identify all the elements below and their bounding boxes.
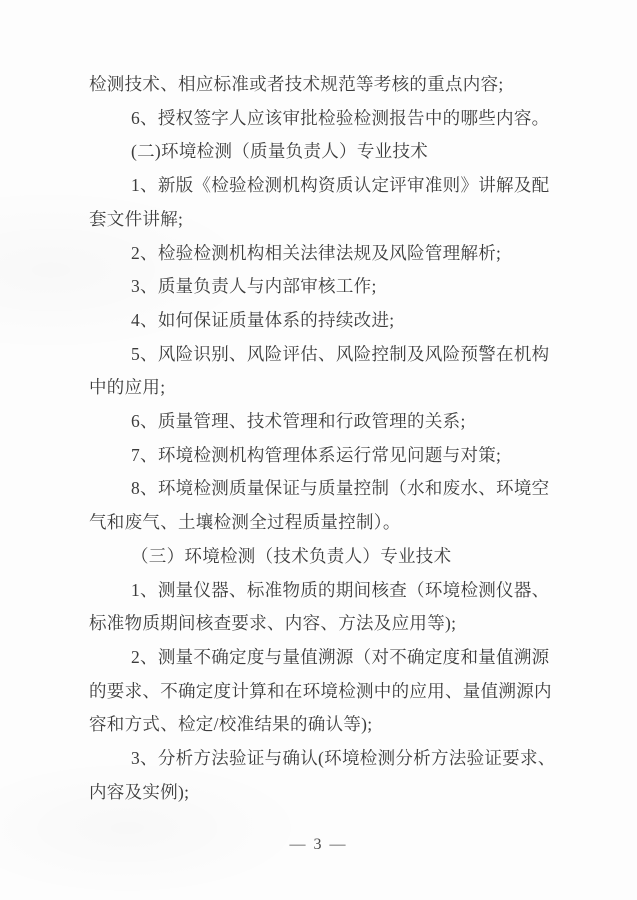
text-line: 内容及实例); [89,776,561,810]
text-line: 7、环境检测机构管理体系运行常见问题与对策; [89,439,561,473]
text-line: 1、新版《检验检测机构资质认定评审准则》讲解及配 [89,169,561,203]
section-heading: (二)环境检测（质量负责人）专业技术 [89,135,561,169]
text-line: 套文件讲解; [89,203,561,237]
text-line: 1、测量仪器、标准物质的期间核查（环境检测仪器、 [89,574,561,608]
text-line: 容和方式、检定/校准结果的确认等); [89,708,561,742]
document-page: 检测技术、相应标准或者技术规范等考核的重点内容; 6、授权签字人应该审批检验检测… [0,0,637,900]
text-line: 8、环境检测质量保证与质量控制（水和废水、环境空 [89,472,561,506]
page-number: — 3 — [0,830,637,860]
text-line: 4、如何保证质量体系的持续改进; [89,304,561,338]
text-line: 6、授权签字人应该审批检验检测报告中的哪些内容。 [89,102,561,136]
text-line: 6、质量管理、技术管理和行政管理的关系; [89,405,561,439]
text-line: 3、分析方法验证与确认(环境检测分析方法验证要求、 [89,742,561,776]
text-line: 2、检验检测机构相关法律法规及风险管理解析; [89,237,561,271]
text-line: 的要求、不确定度计算和在环境检测中的应用、量值溯源内 [89,675,561,709]
section-heading: （三）环境检测（技术负责人）专业技术 [89,540,561,574]
text-line: 标准物质期间核查要求、内容、方法及应用等); [89,607,561,641]
text-line: 检测技术、相应标准或者技术规范等考核的重点内容; [89,68,561,102]
text-line: 2、测量不确定度与量值溯源（对不确定度和量值溯源 [89,641,561,675]
text-line: 气和废气、土壤检测全过程质量控制）。 [89,506,561,540]
document-body: 检测技术、相应标准或者技术规范等考核的重点内容; 6、授权签字人应该审批检验检测… [89,68,561,809]
text-line: 中的应用; [89,371,561,405]
text-line: 5、风险识别、风险评估、风险控制及风险预警在机构 [89,338,561,372]
text-line: 3、质量负责人与内部审核工作; [89,270,561,304]
